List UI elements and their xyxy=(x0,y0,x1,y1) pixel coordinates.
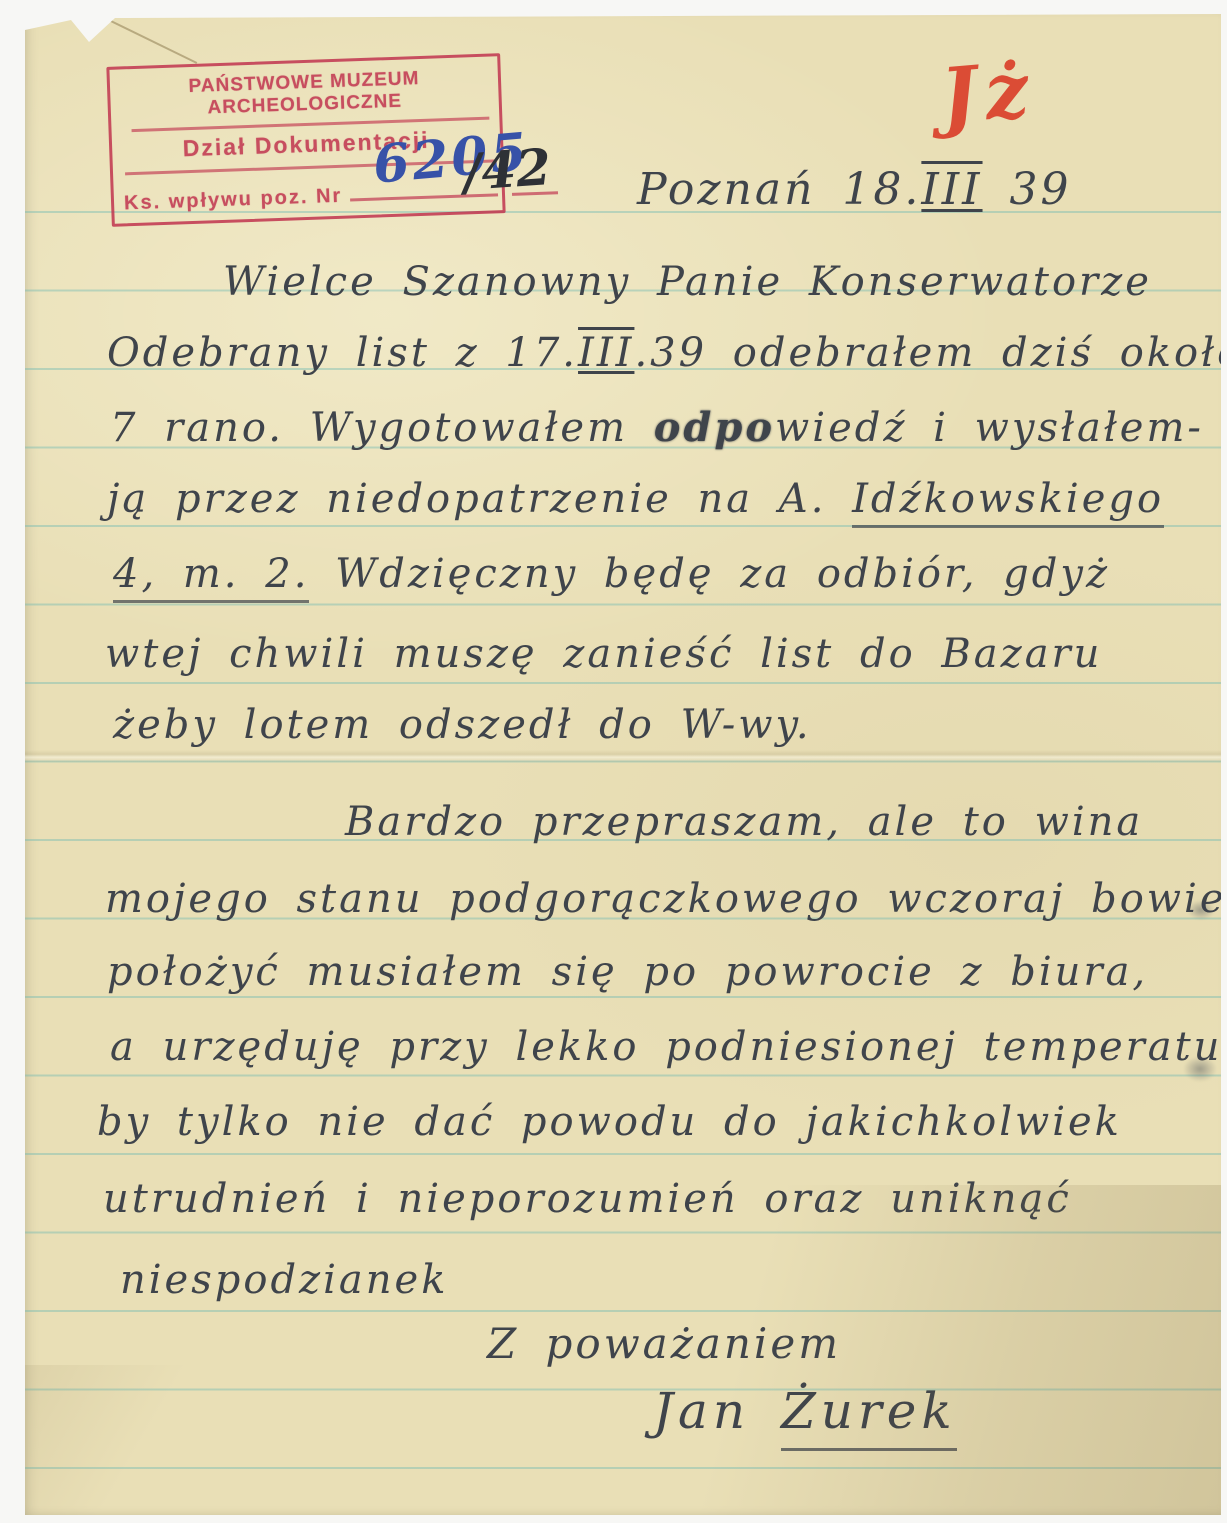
body-text: 7 rano. Wygotowałem xyxy=(110,405,654,451)
body-text: .39 odebrałem dziś około xyxy=(634,330,1227,376)
salutation: Wielce Szanowny Panie Konserwatorze xyxy=(223,259,1152,305)
signature-first-name: Jan xyxy=(653,1382,781,1440)
signature-last-name: Żurek xyxy=(781,1382,957,1451)
body-line: niespodzianek xyxy=(120,1257,448,1303)
dateline: Poznań 18.III 39 xyxy=(637,164,1072,215)
torn-corner-crease xyxy=(110,20,197,64)
dateline-month-roman: III xyxy=(921,164,982,215)
signature: Jan Żurek xyxy=(653,1382,957,1440)
body-line: by tylko nie dać powodu do jakichkolwiek xyxy=(97,1099,1122,1145)
body-line: ją przez niedopatrzenie na A. Idźkowskie… xyxy=(107,476,1164,522)
body-line: Odebrany list z 17.III.39 odebrałem dziś… xyxy=(107,330,1227,376)
body-text: Wdzięczny będę za odbiór, gdyż xyxy=(309,551,1110,597)
fold-crease xyxy=(25,750,1221,762)
ink-smudge xyxy=(1183,1056,1217,1082)
registration-number-suffix: /42 xyxy=(461,137,553,202)
overwritten-word: odpo xyxy=(654,404,775,451)
body-line: 4, m. 2. Wdzięczny będę za odbiór, gdyż xyxy=(113,551,1110,597)
underlined-address: 4, m. 2. xyxy=(113,551,309,603)
shadow-bottom-left xyxy=(25,1365,235,1515)
body-line: Bardzo przepraszam, ale to wina xyxy=(345,799,1143,845)
body-line: a urzęduję przy lekko podniesionej tempe… xyxy=(110,1024,1227,1070)
dateline-year: 39 xyxy=(983,164,1072,215)
body-line: utrudnień i nieporozumień oraz uniknąć xyxy=(103,1176,1072,1222)
body-line: mojego stanu podgorączkowego wczoraj bow… xyxy=(105,876,1227,922)
body-line: 7 rano. Wygotowałem odpowiedź i wysłałem… xyxy=(110,404,1204,451)
body-line: wtej chwili muszę zanieść list do Bazaru xyxy=(105,631,1102,677)
body-text: wiedź i wysłałem- xyxy=(775,405,1204,451)
body-line: położyć musiałem się po powrocie z biura… xyxy=(107,949,1148,995)
letter-paper: PAŃSTWOWE MUZEUM ARCHEOLOGICZNE Dział Do… xyxy=(25,14,1221,1515)
scan-background: { "colors": { "paper": "#e9dfb6", "ink":… xyxy=(0,0,1227,1523)
underlined-name: Idźkowskiego xyxy=(852,476,1164,528)
ink-smudge xyxy=(1187,900,1215,920)
month-roman: III xyxy=(578,330,634,376)
closing-phrase: Z poważaniem xyxy=(487,1319,841,1368)
stamp-institution-name: PAŃSTWOWE MUZEUM ARCHEOLOGICZNE xyxy=(110,65,499,123)
dateline-city-day: Poznań 18. xyxy=(637,164,921,215)
body-text: Odebrany list z 17. xyxy=(107,330,578,376)
stamp-register-text: Ks. wpływu poz. Nr xyxy=(124,185,343,215)
body-line: żeby lotem odszedł do W-wy. xyxy=(113,702,812,748)
body-text: ją przez niedopatrzenie na A. xyxy=(107,476,852,522)
red-crayon-initials: Jż xyxy=(937,44,1040,141)
